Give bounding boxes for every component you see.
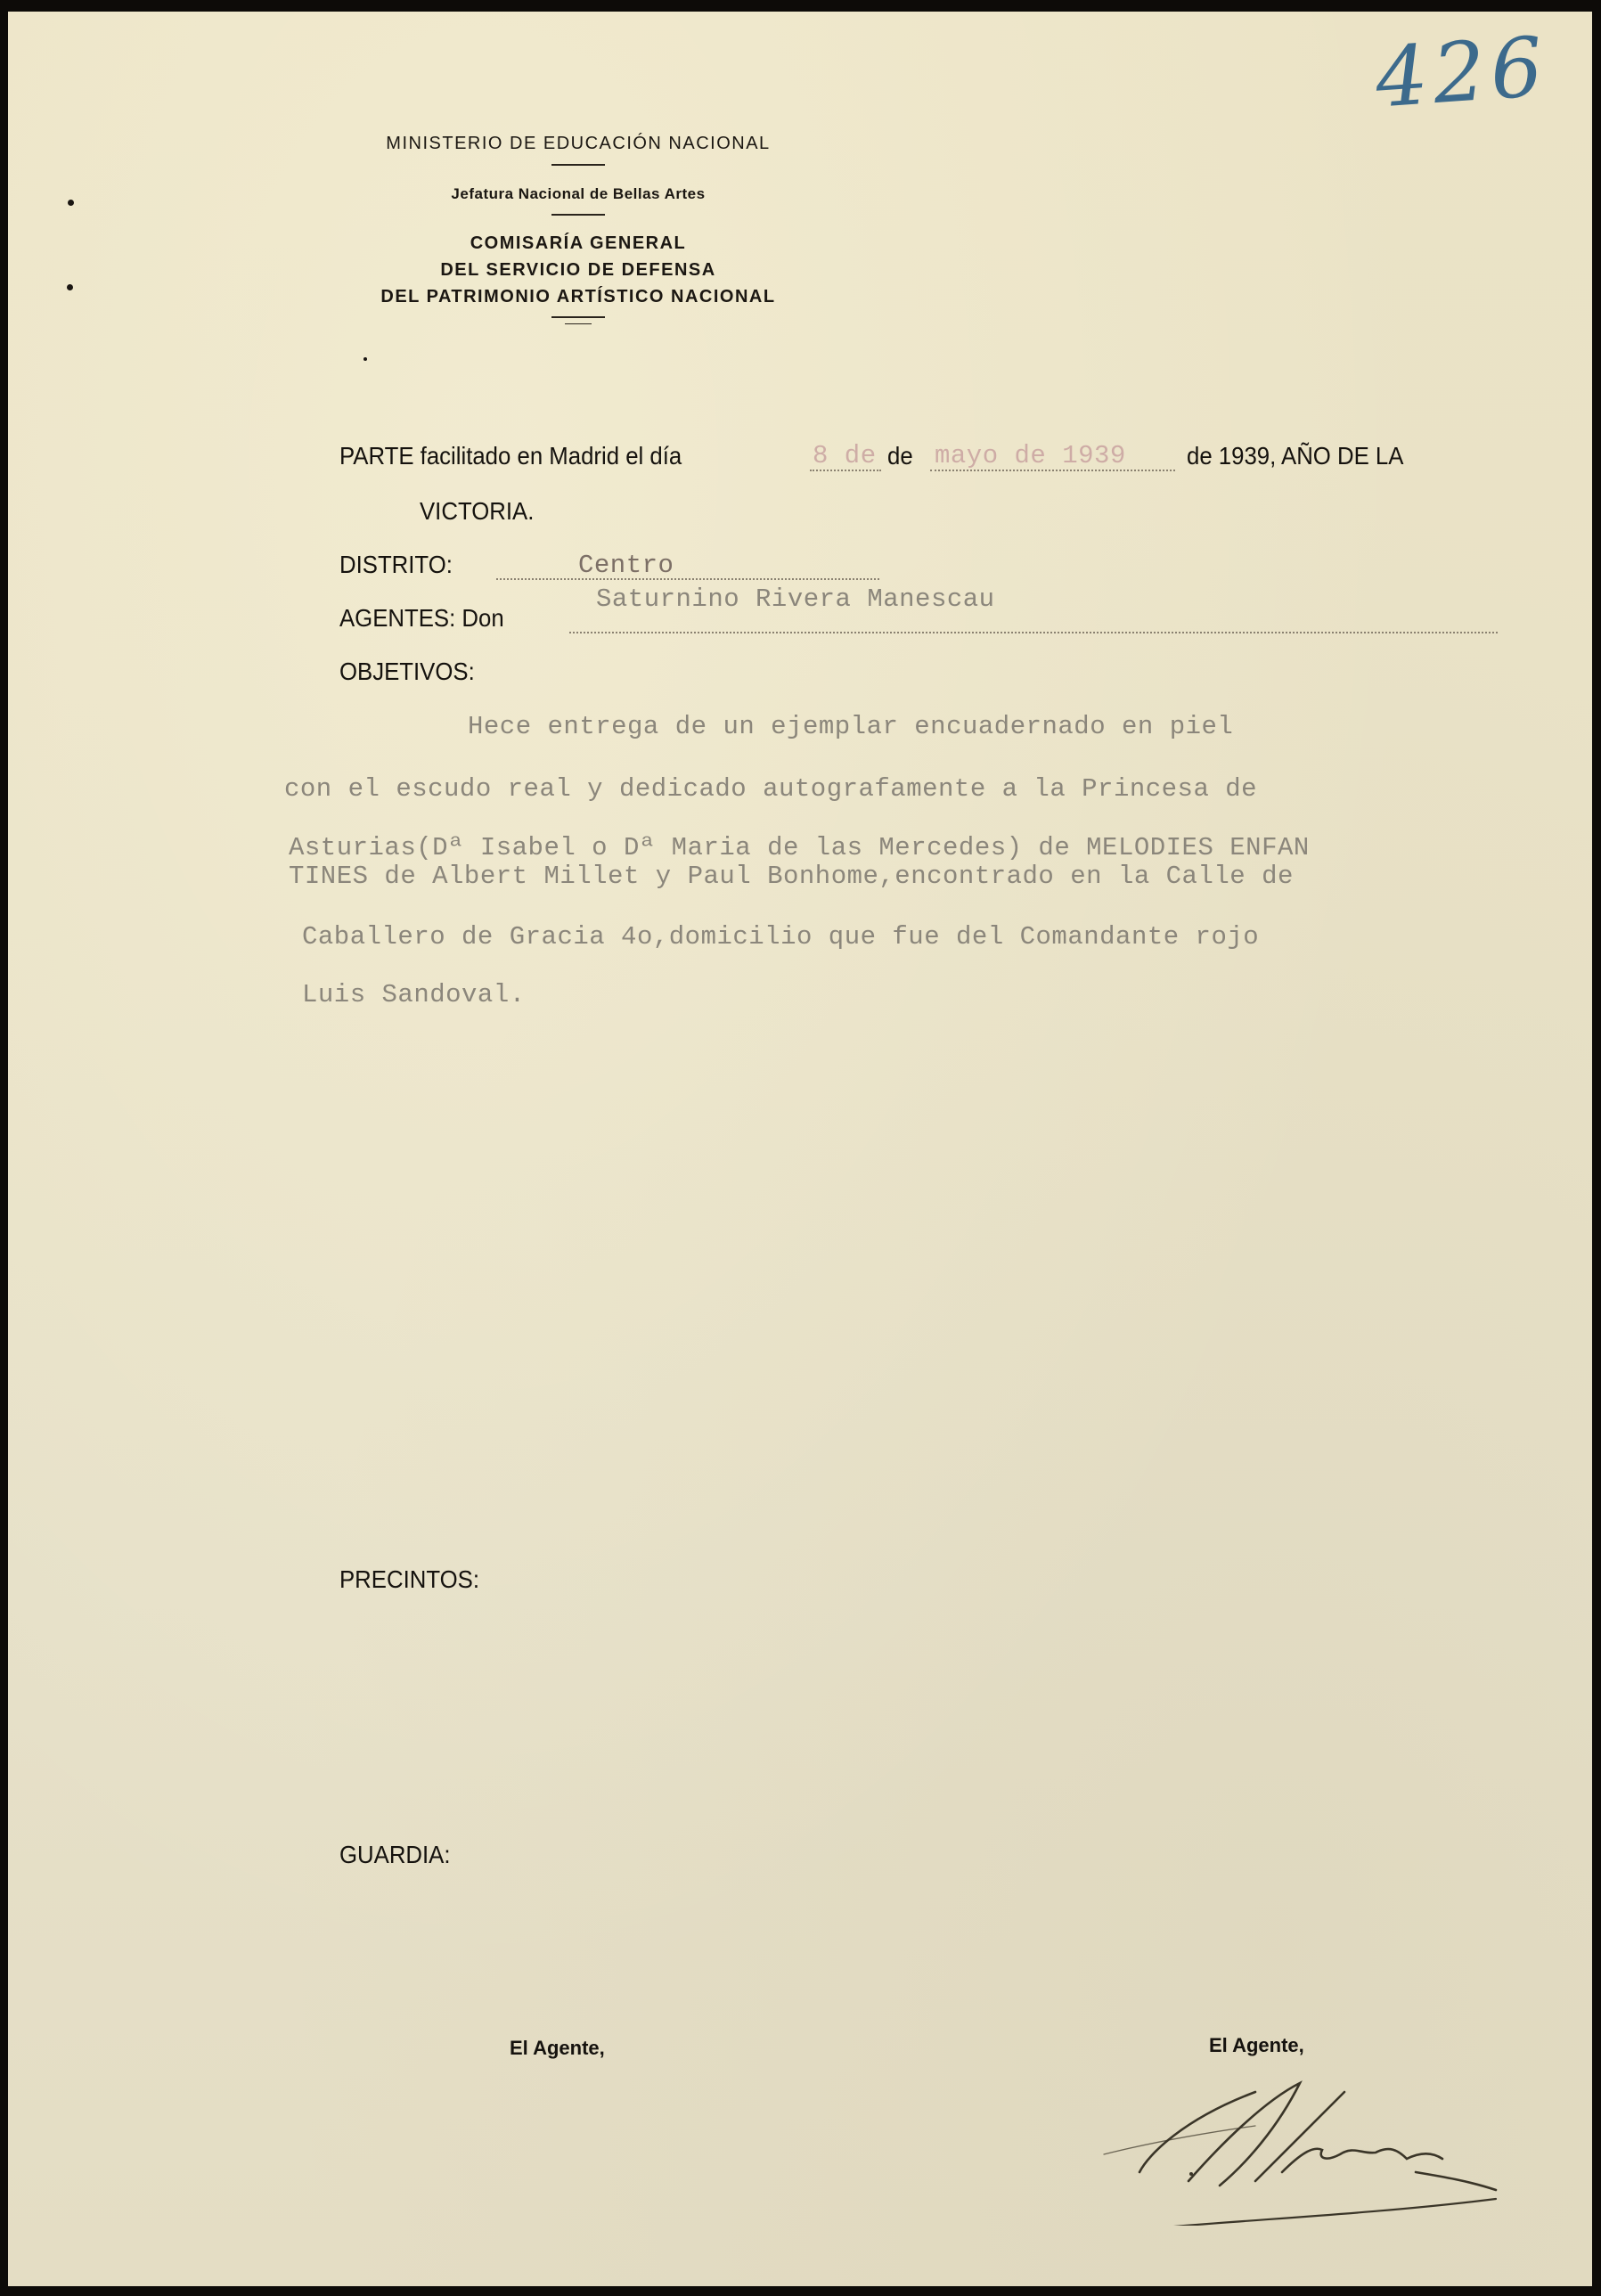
objetivos-line: TINES de Albert Millet y Paul Bonhome,en…: [289, 862, 1294, 891]
dotted-leader: [496, 578, 879, 580]
de-label: de: [887, 442, 913, 470]
objetivos-line: Luis Sandoval.: [302, 980, 526, 1009]
distrito-label: DISTRITO:: [339, 551, 453, 579]
paper-speck: [363, 357, 367, 361]
divider: [551, 214, 605, 216]
letterhead-department: Jefatura Nacional de Bellas Artes: [329, 185, 828, 203]
paper-speck: [67, 284, 73, 290]
day-value: 8 de: [813, 441, 877, 470]
letterhead-commission-3: DEL PATRIMONIO ARTÍSTICO NACIONAL: [329, 283, 828, 310]
document-page: 426 MINISTERIO DE EDUCACIÓN NACIONAL Jef…: [8, 12, 1592, 2286]
objetivos-line: Caballero de Gracia 4o,domicilio que fue…: [302, 922, 1259, 952]
precintos-label: PRECINTOS:: [339, 1565, 479, 1594]
letterhead-commission-1: COMISARÍA GENERAL: [329, 230, 828, 257]
agentes-value: Saturnino Rivera Manescau: [596, 584, 995, 614]
distrito-value: Centro: [578, 551, 674, 580]
objetivos-line: Asturias(Dª Isabel o Dª Maria de las Mer…: [289, 833, 1310, 862]
year-label: de 1939, AÑO DE LA: [1187, 442, 1403, 470]
paper-speck: [68, 200, 74, 206]
agentes-label: AGENTES: Don: [339, 604, 504, 633]
divider: [551, 316, 605, 318]
objetivos-line: Hece entrega de un ejemplar encuadernado…: [468, 712, 1233, 741]
signature-icon: [1086, 2047, 1514, 2226]
month-value: mayo de 1939: [935, 441, 1126, 470]
guardia-label: GUARDIA:: [339, 1841, 451, 1869]
letterhead-commission-2: DEL SERVICIO DE DEFENSA: [329, 257, 828, 283]
dotted-leader: [569, 632, 1498, 633]
divider: [565, 323, 592, 324]
folio-number: 426: [1373, 19, 1552, 126]
victoria-label: VICTORIA.: [420, 497, 534, 526]
objetivos-label: OBJETIVOS:: [339, 658, 475, 686]
parte-label: PARTE facilitado en Madrid el día: [339, 442, 682, 470]
agent-left-label: El Agente,: [510, 2037, 605, 2060]
divider: [551, 164, 605, 166]
letterhead-ministry: MINISTERIO DE EDUCACIÓN NACIONAL: [329, 134, 828, 154]
objetivos-line: con el escudo real y dedicado autografam…: [284, 774, 1257, 804]
